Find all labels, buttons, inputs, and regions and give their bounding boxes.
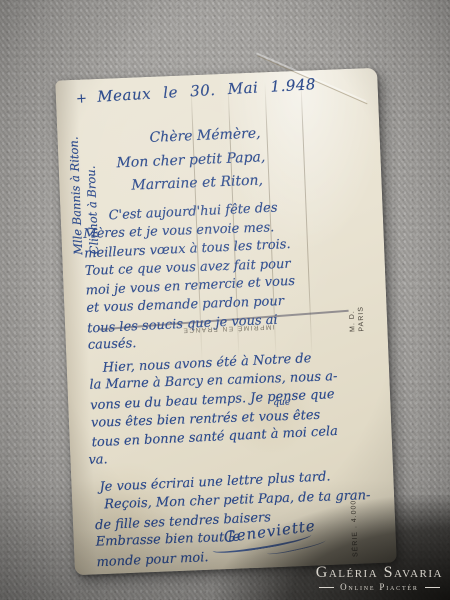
greeting-block: Chère Mémère, Mon cher petit Papa, Marra… [115,122,267,198]
watermark-dash [319,587,334,588]
date-line: +Meaux le 30. Mai 1.948 [75,75,316,107]
watermark-subtitle: Online Piactér [340,582,419,593]
date-text: Meaux le 30. Mai 1.948 [97,75,317,106]
publisher-city: PARIS [356,285,367,331]
watermark-dash [425,587,440,588]
watermark: Galéria Savaria Online Piactér [316,564,443,593]
greeting-line: Marraine et Riton, [117,169,267,198]
margin-note: Mlle Bannis à Riton. Clinhot à Brou. [63,84,104,255]
inserted-word: que [273,397,290,408]
watermark-subtitle-row: Online Piactér [316,582,443,593]
postcard: +Meaux le 30. Mai 1.948 Chère Mémère, Mo… [55,68,397,576]
publisher-mark: M. D. PARIS [347,285,369,332]
message-body: C'est aujourd'hui fête des Mères et je v… [72,196,388,572]
photo-stage: +Meaux le 30. Mai 1.948 Chère Mémère, Mo… [0,0,450,600]
watermark-title: Galéria Savaria [316,564,443,582]
